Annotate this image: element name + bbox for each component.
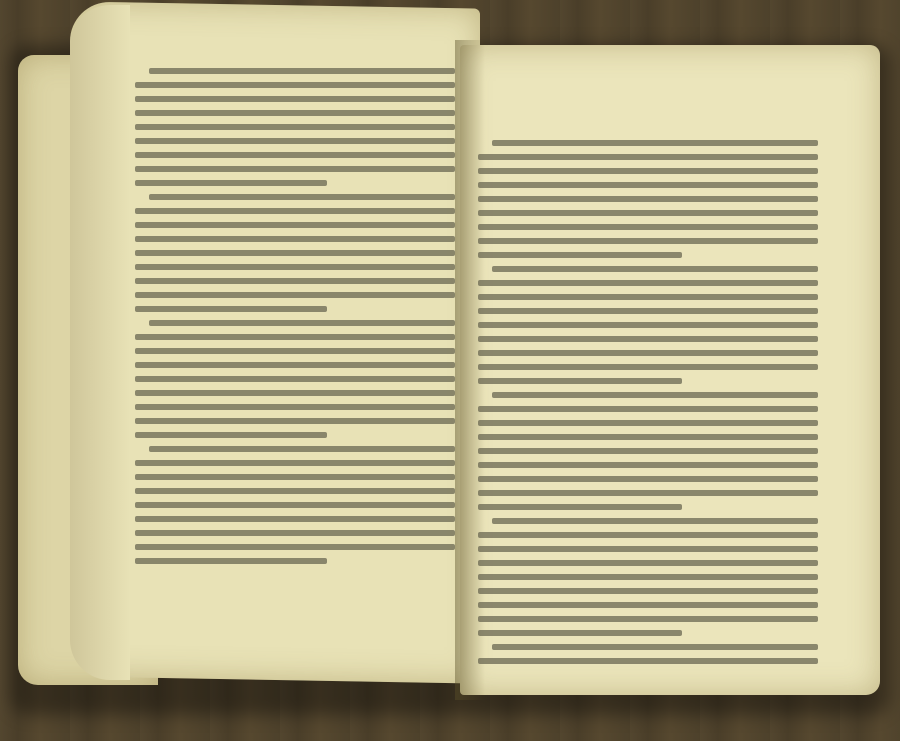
text-line — [135, 516, 455, 522]
text-line — [135, 278, 455, 284]
text-line — [135, 110, 455, 116]
text-line — [135, 348, 455, 354]
text-line — [478, 182, 818, 188]
text-line — [135, 96, 455, 102]
text-line — [135, 180, 327, 186]
text-line — [135, 264, 455, 270]
text-line — [135, 502, 455, 508]
text-line — [135, 124, 455, 130]
text-line — [149, 194, 455, 200]
text-line — [478, 448, 818, 454]
text-line — [135, 222, 455, 228]
text-line — [478, 630, 682, 636]
text-line — [478, 252, 682, 258]
text-line — [135, 208, 455, 214]
left-page-text-block — [135, 68, 455, 572]
text-line — [492, 392, 818, 398]
text-line — [135, 166, 455, 172]
text-line — [135, 292, 455, 298]
text-line — [135, 334, 455, 340]
text-line — [478, 420, 818, 426]
text-line — [478, 434, 818, 440]
text-line — [478, 322, 818, 328]
text-line — [478, 602, 818, 608]
text-line — [492, 140, 818, 146]
text-line — [149, 68, 455, 74]
text-line — [135, 474, 455, 480]
text-line — [478, 350, 818, 356]
text-line — [135, 418, 455, 424]
text-line — [478, 224, 818, 230]
text-line — [149, 320, 455, 326]
text-line — [135, 432, 327, 438]
text-line — [478, 196, 818, 202]
text-line — [135, 362, 455, 368]
text-line — [135, 306, 327, 312]
text-line — [478, 336, 818, 342]
left-page-curl — [70, 5, 130, 680]
text-line — [478, 238, 818, 244]
text-line — [478, 588, 818, 594]
text-line — [478, 658, 818, 664]
text-line — [478, 210, 818, 216]
text-line — [135, 544, 455, 550]
text-line — [478, 532, 818, 538]
text-line — [492, 266, 818, 272]
text-line — [478, 154, 818, 160]
text-line — [478, 476, 818, 482]
text-line — [478, 406, 818, 412]
text-line — [478, 168, 818, 174]
text-line — [478, 490, 818, 496]
text-line — [135, 376, 455, 382]
text-line — [478, 616, 818, 622]
text-line — [135, 82, 455, 88]
text-line — [478, 504, 682, 510]
text-line — [478, 462, 818, 468]
text-line — [478, 560, 818, 566]
text-line — [478, 364, 818, 370]
text-line — [478, 294, 818, 300]
text-line — [492, 644, 818, 650]
text-line — [135, 250, 455, 256]
text-line — [135, 138, 455, 144]
text-line — [135, 390, 455, 396]
text-line — [135, 152, 455, 158]
text-line — [478, 378, 682, 384]
text-line — [478, 280, 818, 286]
text-line — [478, 308, 818, 314]
text-line — [478, 546, 818, 552]
text-line — [149, 446, 455, 452]
text-line — [135, 460, 455, 466]
right-page-text-block — [478, 140, 818, 672]
text-line — [135, 488, 455, 494]
text-line — [135, 530, 455, 536]
text-line — [135, 404, 455, 410]
text-line — [492, 518, 818, 524]
text-line — [135, 236, 455, 242]
text-line — [135, 558, 327, 564]
text-line — [478, 574, 818, 580]
